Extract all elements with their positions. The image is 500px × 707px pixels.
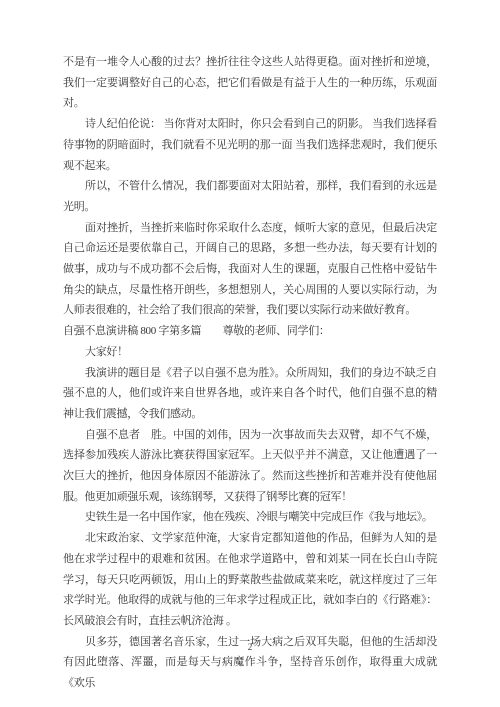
paragraph-continuation: 不是有一堆令人心酸的过去？挫折往往令这些人站得更稳。面对挫折和逆境，我们一定要调…: [63, 52, 437, 114]
paragraph-beethoven-story: 贝多芬，德国著名音乐家，生过一场大病之后双耳失聪，但他的生活却没有因此堕落、浑噩…: [63, 632, 437, 694]
paragraph-speech-topic: 我演讲的题目是《君子以自强不息为胜》。众所周知，我们的身边不缺乏自强不息的人，他…: [63, 363, 437, 425]
page-number: 2: [0, 643, 500, 653]
paragraph-facing-setbacks: 面对挫折，当挫折来临时你采取什么态度，倾听大家的意见，但最后决定自己命运还是要依…: [63, 218, 437, 322]
paragraph-liuwei-story: 自强不息者 胜。中国的刘伟，因为一次事故而失去双臂，却不气不燥，选择参加残疾人游…: [63, 425, 437, 508]
paragraph-shitiesheng-story: 史铁生是一名中国作家，他在残疾、冷眼与嘲笑中完成巨作《我与地坛》。: [63, 507, 437, 528]
paragraph-fanzhongyan-story: 北宋政治家、文学家范仲淹，大家肯定都知道他的作品，但鲜为人知的是他在求学过程中的…: [63, 528, 437, 632]
paragraph-face-the-sun: 所以，不管什么情况，我们都要面对太阳站着，那样，我们看到的永远是光明。: [63, 176, 437, 217]
document-body: 不是有一堆令人心酸的过去？挫折往往令这些人站得更稳。面对挫折和逆境，我们一定要调…: [63, 52, 437, 694]
document-page: 不是有一堆令人心酸的过去？挫折往往令这些人站得更稳。面对挫折和逆境，我们一定要调…: [0, 0, 500, 707]
paragraph-greeting: 大家好！: [63, 342, 437, 363]
section-heading-line: 自强不息演讲稿 800 字第多篇 尊敬的老师、同学们：: [63, 321, 437, 342]
paragraph-jibolun-quote: 诗人纪伯伦说： 当你背对太阳时，你只会看到自己的阴影。 当我们选择看待事物的阴暗…: [63, 114, 437, 176]
